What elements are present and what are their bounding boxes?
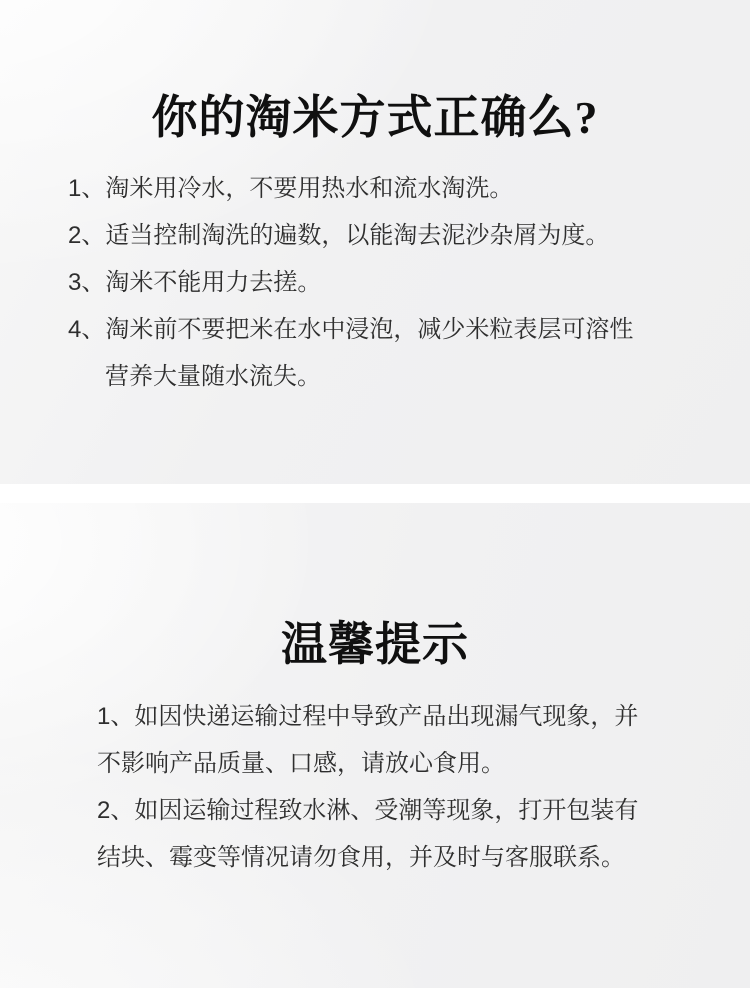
rice-tips-list: 1、淘米用冷水，不要用热水和流水淘洗。 2、适当控制淘洗的遍数，以能淘去泥沙杂屑… (0, 165, 750, 400)
rice-tips-title: 你的淘米方式正确么? (0, 0, 750, 143)
tip-line: 2、适当控制淘洗的遍数，以能淘去泥沙杂屑为度。 (68, 212, 692, 259)
note-item-1: 1、如因快递运输过程中导致产品出现漏气现象，并 不影响产品质量、口感，请放心食用… (97, 693, 695, 787)
tip-item-4: 4、淘米前不要把米在水中浸泡，减少米粒表层可溶性 营养大量随水流失。 (68, 306, 692, 400)
warm-notice-list: 1、如因快递运输过程中导致产品出现漏气现象，并 不影响产品质量、口感，请放心食用… (0, 693, 750, 881)
section-divider (0, 484, 750, 503)
tip-item-2: 2、适当控制淘洗的遍数，以能淘去泥沙杂屑为度。 (68, 212, 692, 259)
note-line: 2、如因运输过程致水淋、受潮等现象，打开包装有 (97, 787, 695, 834)
product-description-page: 你的淘米方式正确么? 1、淘米用冷水，不要用热水和流水淘洗。 2、适当控制淘洗的… (0, 0, 750, 988)
tip-item-1: 1、淘米用冷水，不要用热水和流水淘洗。 (68, 165, 692, 212)
warm-notice-title: 温馨提示 (0, 503, 750, 670)
note-line: 不影响产品质量、口感，请放心食用。 (97, 740, 695, 787)
note-line: 1、如因快递运输过程中导致产品出现漏气现象，并 (97, 693, 695, 740)
rice-washing-tips-section: 你的淘米方式正确么? 1、淘米用冷水，不要用热水和流水淘洗。 2、适当控制淘洗的… (0, 0, 750, 484)
tip-line: 4、淘米前不要把米在水中浸泡，减少米粒表层可溶性 (68, 306, 692, 353)
tip-line: 3、淘米不能用力去搓。 (68, 259, 692, 306)
note-line: 结块、霉变等情况请勿食用，并及时与客服联系。 (97, 834, 695, 881)
tip-line: 1、淘米用冷水，不要用热水和流水淘洗。 (68, 165, 692, 212)
warm-notice-section: 温馨提示 1、如因快递运输过程中导致产品出现漏气现象，并 不影响产品质量、口感，… (0, 503, 750, 988)
tip-item-3: 3、淘米不能用力去搓。 (68, 259, 692, 306)
note-item-2: 2、如因运输过程致水淋、受潮等现象，打开包装有 结块、霉变等情况请勿食用，并及时… (97, 787, 695, 881)
tip-line-continuation: 营养大量随水流失。 (68, 353, 692, 400)
